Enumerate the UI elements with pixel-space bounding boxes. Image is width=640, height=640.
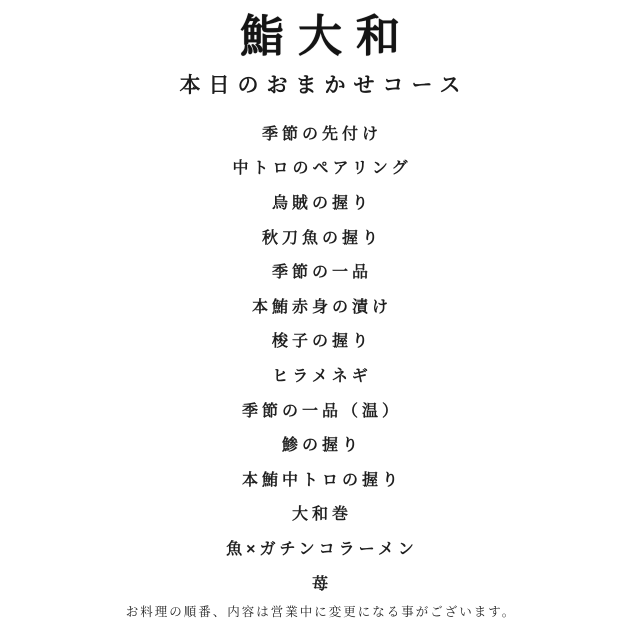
menu-item: 秋刀魚の握り: [0, 219, 640, 254]
menu-page: 鮨大和 本日のおまかせコース 季節の先付け中トロのペアリング烏賊の握り秋刀魚の握…: [0, 0, 640, 640]
menu-item: 大和巻: [0, 496, 640, 531]
menu-item: 鯵の握り: [0, 426, 640, 461]
menu-item: 梭子の握り: [0, 323, 640, 358]
menu-item-list: 季節の先付け中トロのペアリング烏賊の握り秋刀魚の握り季節の一品本鮪赤身の漬け梭子…: [0, 115, 640, 599]
menu-item: 季節の先付け: [0, 115, 640, 150]
menu-item: 季節の一品（温）: [0, 392, 640, 427]
menu-item: 中トロのペアリング: [0, 150, 640, 185]
menu-item: 魚×ガチンコラーメン: [0, 530, 640, 565]
course-title: 本日のおまかせコース: [0, 73, 640, 99]
menu-item: 烏賊の握り: [0, 184, 640, 219]
menu-item: 苺: [0, 565, 640, 600]
menu-item: 本鮪中トロの握り: [0, 461, 640, 496]
menu-item: 本鮪赤身の漬け: [0, 288, 640, 323]
restaurant-name-title: 鮨大和: [0, 8, 640, 66]
footer-note: お料理の順番、内容は営業中に変更になる事がございます。: [0, 603, 640, 621]
menu-item: 季節の一品: [0, 253, 640, 288]
menu-item: ヒラメネギ: [0, 357, 640, 392]
